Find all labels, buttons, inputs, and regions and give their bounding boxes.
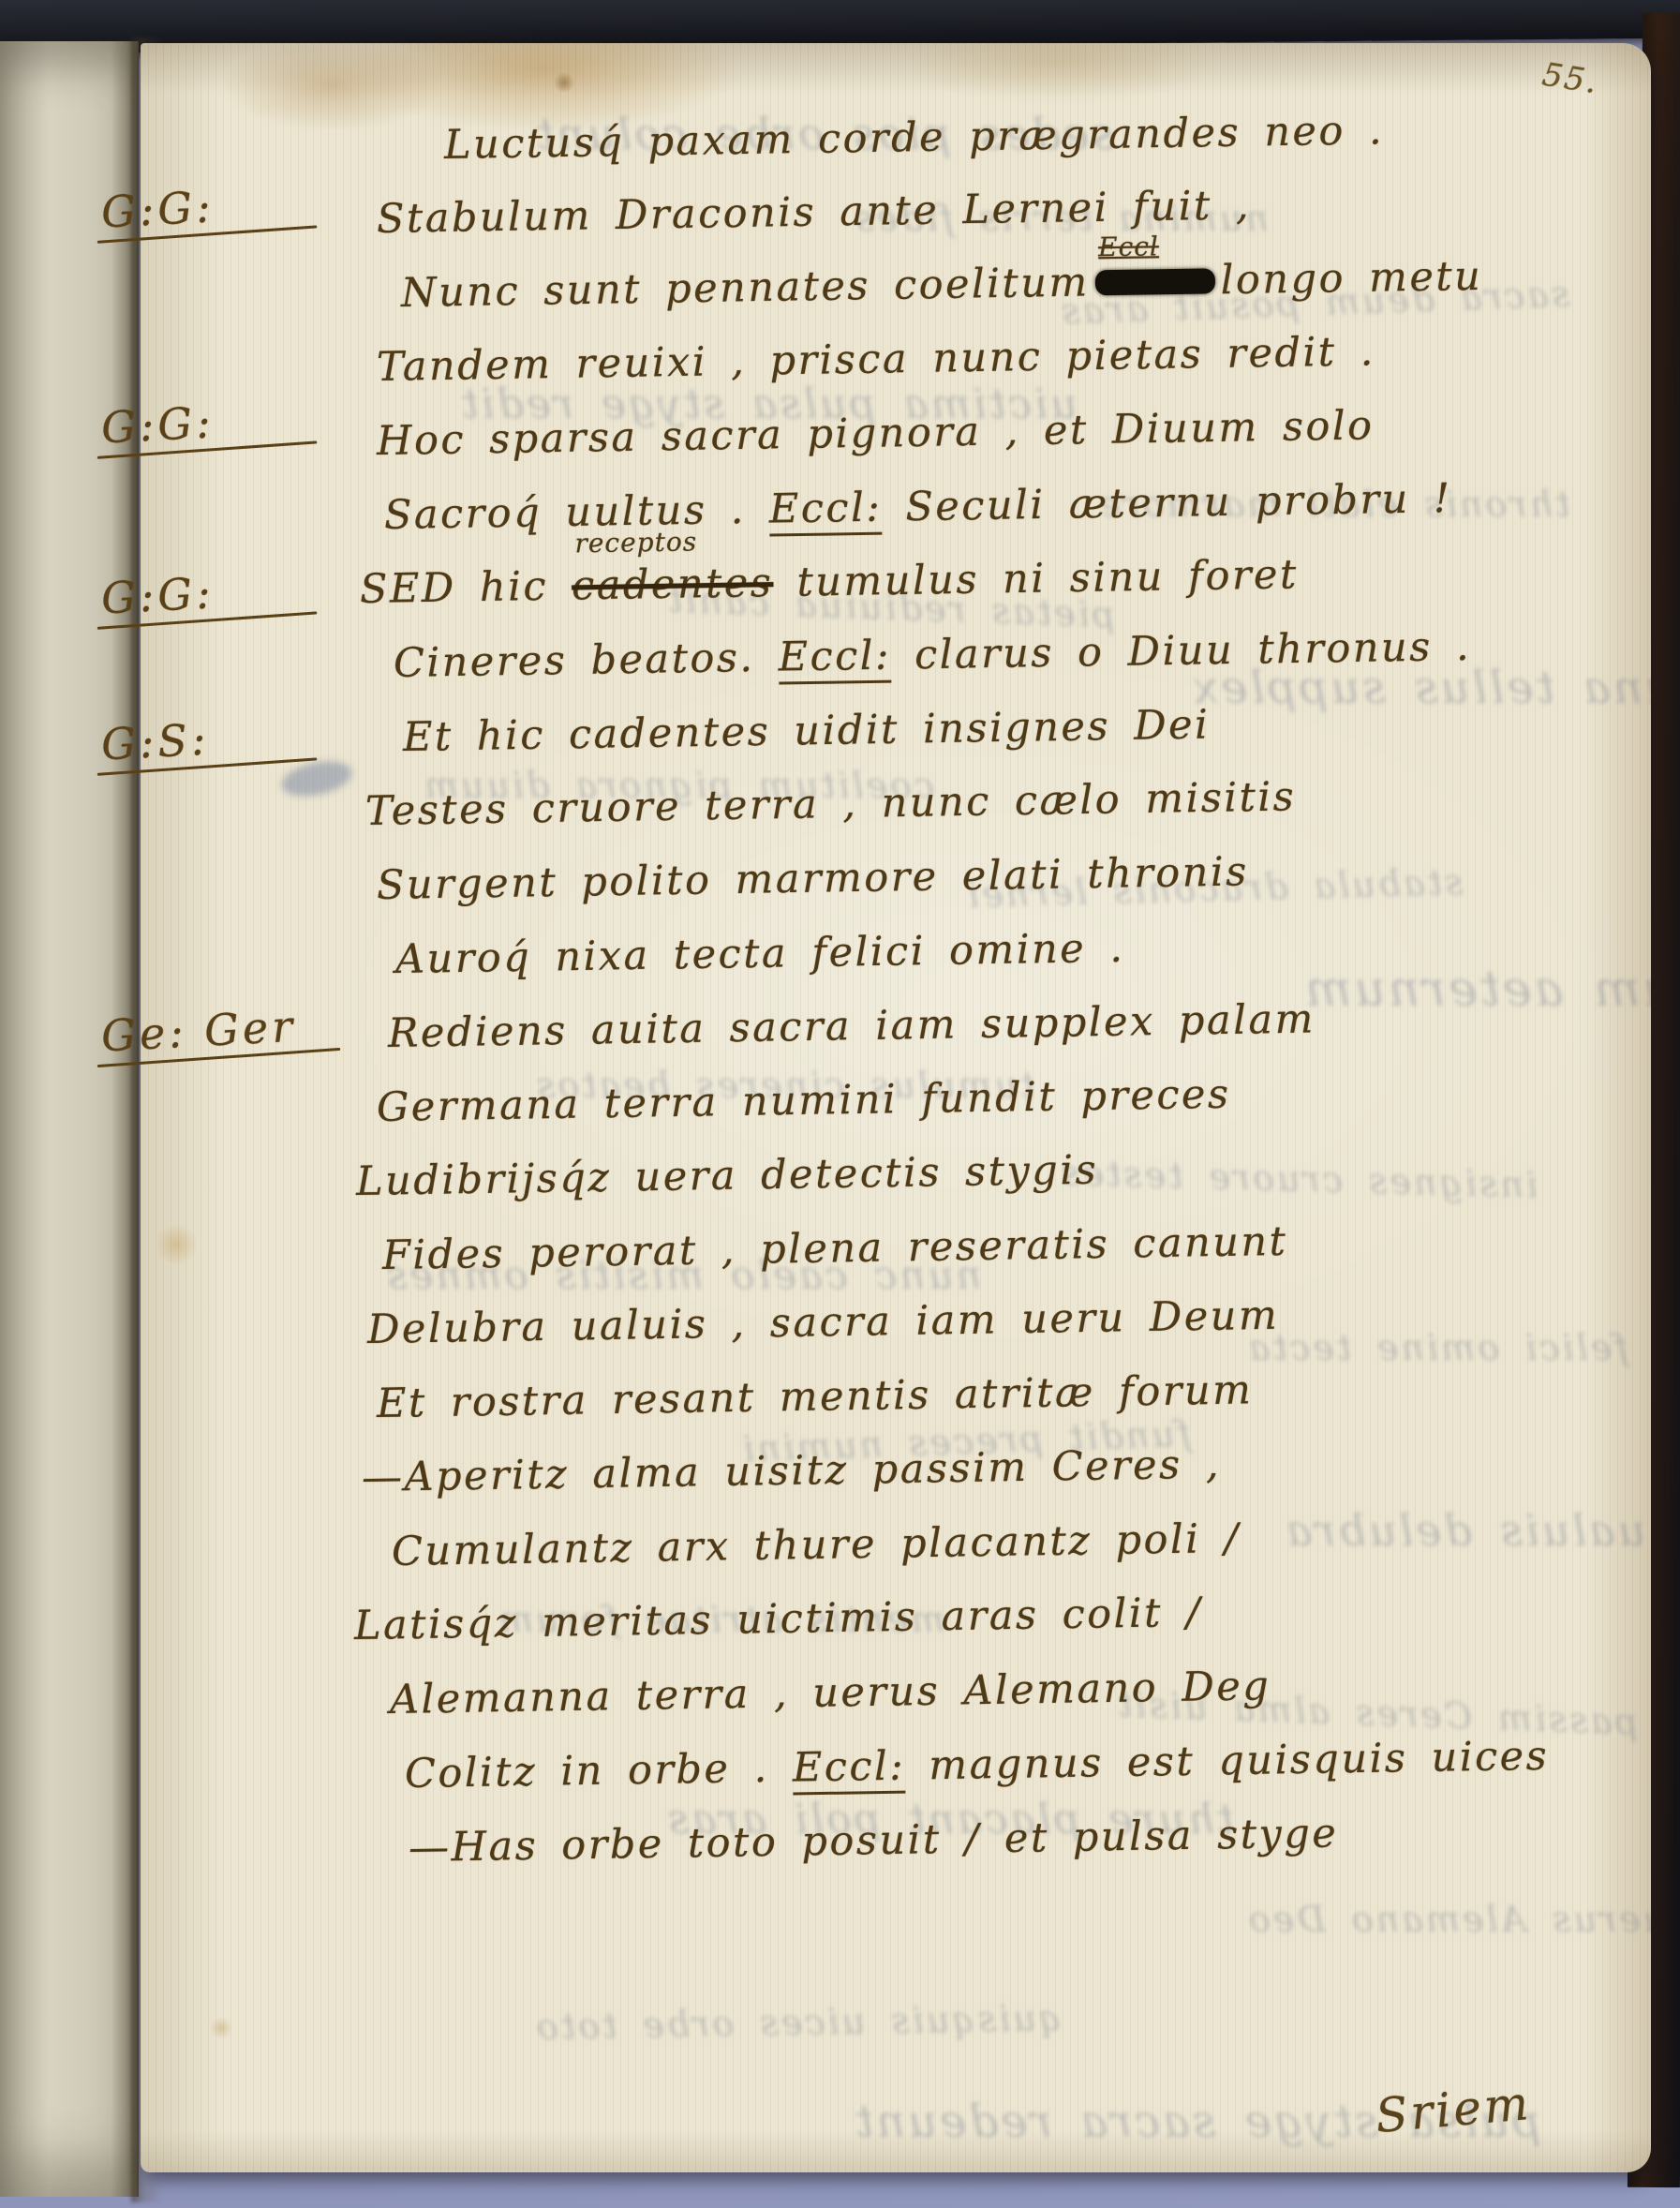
verse-text: Cumulantz arx thure placantz poli /	[392, 1515, 1241, 1575]
interlinear-addition: receptos	[574, 529, 697, 557]
redaction-blot: Eccl	[1094, 268, 1214, 295]
verse-text: Latisq́z meritas uictimis aras colit /	[354, 1589, 1203, 1649]
verse-text: longo metu	[1220, 253, 1482, 304]
verse-text: —Aperitz alma uisitz passim Ceres ,	[362, 1441, 1222, 1501]
verse-text: magnus est quisquis uices	[905, 1733, 1550, 1790]
verse-text: Cineres beatos.	[394, 634, 779, 687]
verse-text: Surgent polito marmore elati thronis	[377, 848, 1250, 909]
manuscript-photo: sedes pios orbe coluntnumina terris fide…	[0, 0, 1680, 2208]
verse-text: Germana terra numini fundit preces	[377, 1071, 1231, 1131]
verse-text: Rediens auita sacra iam supplex palam	[388, 995, 1316, 1057]
verse-text: tumulus ni sinu foret	[773, 551, 1299, 606]
margin-note: G:G:	[100, 177, 300, 238]
margin-note: G:G:	[100, 393, 300, 454]
verse-text: Alemanna terra , uerus Alemano Deg	[390, 1663, 1271, 1723]
interlinear-addition: Eccl	[1098, 233, 1159, 261]
verse-text: Ludibrijsq́z uera detectis stygis	[356, 1147, 1099, 1205]
underlying-page-edge	[0, 41, 139, 2197]
poem-lines: Luctusq́ paxam corde prægrandes neo .Sta…	[377, 109, 1623, 1886]
margin-note: G:S:	[100, 709, 300, 770]
verse-text: Luctusq́ paxam corde prægrandes neo .	[444, 107, 1385, 169]
manuscript-page: sedes pios orbe coluntnumina terris fide…	[141, 43, 1651, 2172]
verse-text: Tandem reuixi , prisca nunc pietas redit…	[377, 328, 1376, 391]
struck-word: receptoscadentes	[572, 559, 774, 609]
verse-text: Hoc sparsa sacra pignora , et Diuum solo	[377, 402, 1375, 465]
verse-text: Et hic cadentes uidit insignes Dei	[403, 701, 1211, 761]
verse-text: Colitz in orbe .	[405, 1745, 794, 1798]
verse-text: —Has orbe toto posuit / et pulsa styge	[409, 1810, 1339, 1872]
verse-text: Nunc sunt pennates coelitum	[401, 259, 1090, 317]
margin-note: G:G:	[100, 563, 300, 624]
verse-text: Auroq́ nixa tecta felici omine .	[395, 925, 1125, 983]
underlined-citation: Eccl:	[792, 1743, 905, 1796]
verse-text: Fides perorat , plena reseratis canunt	[382, 1218, 1288, 1279]
underlined-citation: Eccl:	[778, 633, 891, 685]
verse-text: Et rostra resant mentis atritæ forum	[377, 1366, 1254, 1427]
verse-text: clarus o Diuu thronus .	[891, 623, 1472, 679]
underlined-citation: Eccl:	[769, 485, 883, 537]
verso-ink-ghost: uerus Alemano Deo	[1246, 1899, 1651, 1940]
verse-text: Testes cruore terra , nunc cælo misitis	[365, 773, 1297, 835]
verse-text: Delubra ualuis , sacra iam ueru Deum	[367, 1292, 1280, 1353]
verse-text: SED hic	[360, 562, 572, 613]
verse-text: Seculi æternu probru !	[882, 475, 1452, 531]
verso-ink-ghost: quisquis uices orbe toto	[534, 1997, 1063, 2048]
